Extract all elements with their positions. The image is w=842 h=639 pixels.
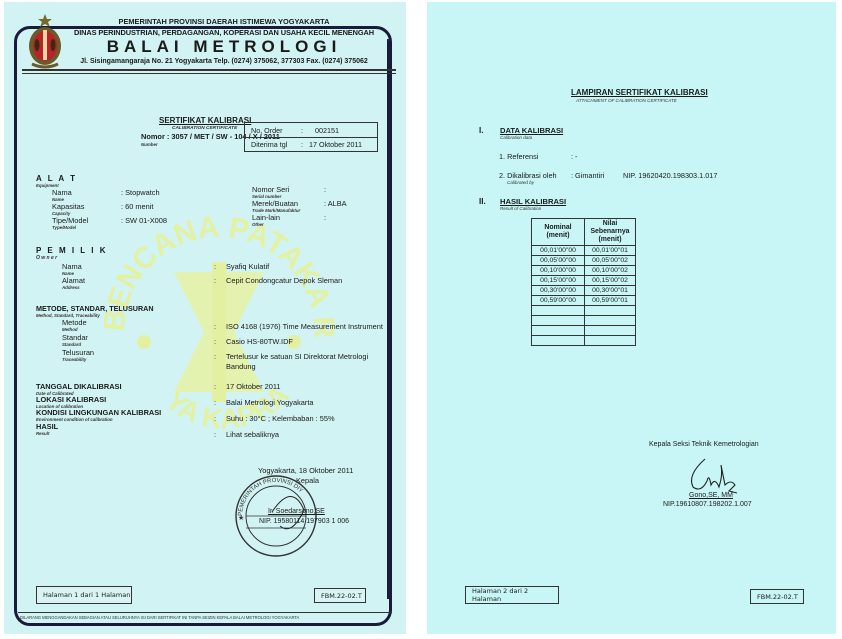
form-code: FBM.22-02.T <box>314 588 366 603</box>
certificate-page-1: PEMERINTAH PROVINSI DAERAH ISTIMEWA YOGY… <box>4 2 406 634</box>
traceability-label-en: Traceability <box>62 357 86 362</box>
actual-cell: 00,59'00"01 <box>585 296 636 306</box>
nominal-cell <box>532 306 585 316</box>
owner-address-label: Alamat <box>62 276 85 285</box>
table-row-empty <box>532 326 636 336</box>
header-divider-thin <box>22 73 396 74</box>
signatory-nip: NIP. 19580114 197903 1 006 <box>259 518 349 525</box>
owner-heading: P E M I L I K <box>36 246 108 255</box>
equipment-type-label: Tipe/Model <box>52 216 88 225</box>
actual-cell: 00,30'00"01 <box>585 286 636 296</box>
actual-cell: 00,05'00"02 <box>585 256 636 266</box>
nominal-cell <box>532 316 585 326</box>
result-label-en: Result <box>36 431 49 436</box>
standard-label: Standar <box>62 333 88 342</box>
equipment-capacity-label: Kapasitas <box>52 202 84 211</box>
disclaimer: DILARANG MENGGANDAKAN SEBAGIAN ATAU SELU… <box>20 615 299 620</box>
actual-cell <box>585 316 636 326</box>
equipment-name-value: : Stopwatch <box>121 188 160 197</box>
table-row: 00,01'00"0000,01'00"01 <box>532 246 636 256</box>
other-label: Lain-lain <box>252 213 280 222</box>
order-number-value: 002151 <box>315 126 339 135</box>
table-row-empty <box>532 316 636 326</box>
serial-number-value: : <box>324 185 326 194</box>
yogyakarta-emblem-icon <box>26 12 64 70</box>
attachment-title-en: ATTACHMENT OF CALIBRATION CERTIFICATE <box>576 98 677 103</box>
table-header-row: Nominal (menit) Nilai Sebenarnya (menit) <box>532 219 636 246</box>
nominal-cell <box>532 326 585 336</box>
traceability-value-line2: Bandung <box>226 362 256 371</box>
colon: : <box>214 276 216 285</box>
header-address: Jl. Sisingamangaraja No. 21 Yogyakarta T… <box>64 58 384 65</box>
page-indicator: Halaman 1 dari 1 Halaman <box>36 586 132 604</box>
equipment-type-value: : SW 01-X008 <box>121 216 167 225</box>
owner-heading-en: O w n e r <box>36 255 57 261</box>
header-nominal-line1: Nominal <box>534 224 582 232</box>
table-row: 00,30'00"0000,30'00"01 <box>532 286 636 296</box>
signatory-name: Ir. Soedarsono,SE <box>268 508 325 515</box>
certificate-title: SERTIFIKAT KALIBRASI <box>159 116 251 125</box>
section-1-numeral: I. <box>479 126 483 135</box>
calibrated-by-label-en: Calibrated by <box>507 180 534 185</box>
header-actual-line1: Nilai <box>587 220 633 228</box>
actual-cell: 00,10'00"02 <box>585 266 636 276</box>
colon: : <box>214 262 216 271</box>
equipment-type-label-en: Type/Model <box>52 225 76 230</box>
nominal-cell: 00,59'00"00 <box>532 296 585 306</box>
owner-name-value: Syafiq Kulatif <box>226 262 269 271</box>
calibrated-by-value: : Gimantiri <box>571 171 604 180</box>
certificate-title-en: CALIBRATION CERTIFICATE <box>172 126 237 131</box>
method-label: Metode <box>62 318 87 327</box>
colon: : <box>214 430 216 439</box>
section-1-heading: DATA KALIBRASI <box>500 126 563 135</box>
owner-address-label-en: Address <box>62 285 80 290</box>
header-divider <box>22 69 396 71</box>
page-indicator-2: Halaman 2 dari 2 Halaman <box>465 586 559 604</box>
actual-cell <box>585 336 636 346</box>
section-2-heading: HASIL KALIBRASI <box>500 197 566 206</box>
certificate-page-2: LAMPIRAN SERTIFIKAT KALIBRASI ATTACHMENT… <box>427 2 836 634</box>
received-date-label: Diterima tgl <box>251 140 287 149</box>
attachment-title: LAMPIRAN SERTIFIKAT KALIBRASI <box>571 88 708 97</box>
method-heading: METODE, STANDAR, TELUSURAN <box>36 304 154 313</box>
signatory-position: Kepala Seksi Teknik Kemetrologian <box>649 441 759 448</box>
page2-signatory-name: Gono,SE, MM <box>689 492 733 499</box>
calibrator-nip: NIP. 19620420.198303.1.017 <box>623 171 717 180</box>
calibration-location-label: LOKASI KALIBRASI <box>36 395 106 404</box>
actual-cell: 00,01'00"01 <box>585 246 636 256</box>
section-2-heading-en: Result of Calibration <box>500 206 541 211</box>
header-department: DINAS PERINDUSTRIAN, PERDAGANGAN, KOPERA… <box>64 28 384 37</box>
header-actual-line2: Sebenarnya <box>587 228 633 236</box>
result-value: Lihat sebaliknya <box>226 430 279 439</box>
colon: : <box>214 322 216 331</box>
calibrated-by-label: 2. Dikalibrasi oleh <box>499 171 557 180</box>
equipment-capacity-value: : 60 menit <box>121 202 153 211</box>
environment-label: KONDISI LINGKUNGAN KALIBRASI <box>36 408 161 417</box>
traceability-value: Tertelusur ke satuan SI Direktorat Metro… <box>226 352 368 361</box>
table-row: 00,05'00"0000,05'00"02 <box>532 256 636 266</box>
actual-cell <box>585 326 636 336</box>
calibration-location-value: Balai Metrologi Yogyakarta <box>226 398 314 407</box>
reference-value: : - <box>571 152 578 161</box>
nominal-cell: 00,01'00"00 <box>532 246 585 256</box>
section-2-numeral: II. <box>479 197 486 206</box>
signature-icon <box>679 455 739 497</box>
result-label: HASIL <box>36 422 58 431</box>
brand-label: Merek/Buatan <box>252 199 298 208</box>
table-row: 00,59'00"0000,59'00"01 <box>532 296 636 306</box>
svg-text:★: ★ <box>238 514 244 522</box>
colon: : <box>214 337 216 346</box>
nominal-cell: 00,05'00"00 <box>532 256 585 266</box>
equipment-name-label: Nama <box>52 188 72 197</box>
page2-signatory-nip: NIP.19610807.198202.1.007 <box>663 501 752 508</box>
other-label-en: Other <box>252 222 264 227</box>
colon: : <box>214 414 216 423</box>
actual-cell: 00,15'00"02 <box>585 276 636 286</box>
header-actual-line3: (menit) <box>587 236 633 244</box>
nominal-cell: 00,30'00"00 <box>532 286 585 296</box>
brand-value: : ALBA <box>324 199 347 208</box>
standard-value: Casio HS-80TW.IDF <box>226 337 293 346</box>
method-value: ISO 4168 (1976) Time Measurement Instrum… <box>226 322 383 331</box>
actual-cell <box>585 306 636 316</box>
nominal-cell: 00,10'00"00 <box>532 266 585 276</box>
header-actual-value: Nilai Sebenarnya (menit) <box>585 219 636 246</box>
footer-divider <box>18 612 392 613</box>
table-row-empty <box>532 306 636 316</box>
equipment-heading: A L A T <box>36 174 77 183</box>
official-stamp-icon: PEMERINTAH PROVINSI DIY ★ <box>232 472 320 560</box>
received-date-value: 17 Oktober 2011 <box>309 140 362 149</box>
header-organization: BALAI METROLOGI <box>64 37 384 57</box>
calibration-date-label: TANGGAL DIKALIBRASI <box>36 382 122 391</box>
traceability-label: Telusuran <box>62 348 94 357</box>
colon: : <box>214 352 216 361</box>
table-row: 00,10'00"0000,10'00"02 <box>532 266 636 276</box>
order-box: No. Order : 002151 Diterima tgl : 17 Okt… <box>244 122 378 152</box>
table-row: 00,15'00"0000,15'00"02 <box>532 276 636 286</box>
form-code-2: FBM.22-02.T <box>750 589 804 604</box>
calibration-date-value: 17 Oktober 2011 <box>226 382 281 391</box>
nominal-cell: 00,15'00"00 <box>532 276 585 286</box>
calibration-results-table: Nominal (menit) Nilai Sebenarnya (menit)… <box>531 218 636 346</box>
header-nominal-line2: (menit) <box>534 232 582 240</box>
nominal-cell <box>532 336 585 346</box>
table-row-empty <box>532 336 636 346</box>
certificate-number-en: Number <box>141 142 158 147</box>
method-label-en: Method <box>62 327 78 332</box>
order-number-label: No. Order <box>251 126 283 135</box>
owner-name-label: Nama <box>62 262 82 271</box>
colon: : <box>214 382 216 391</box>
serial-number-label: Nomor Seri <box>252 185 289 194</box>
colon: : <box>214 398 216 407</box>
other-value: : <box>324 213 326 222</box>
standard-label-en: Standard <box>62 342 81 347</box>
owner-address-value: Cepit Condongcatur Depok Sleman <box>226 276 342 285</box>
header-government: PEMERINTAH PROVINSI DAERAH ISTIMEWA YOGY… <box>64 17 384 26</box>
environment-value: Suhu : 30°C ; Kelembaban : 55% <box>226 414 335 423</box>
header-nominal: Nominal (menit) <box>532 219 585 246</box>
section-1-heading-en: Calibration data <box>500 135 532 140</box>
reference-label: 1. Referensi <box>499 152 538 161</box>
